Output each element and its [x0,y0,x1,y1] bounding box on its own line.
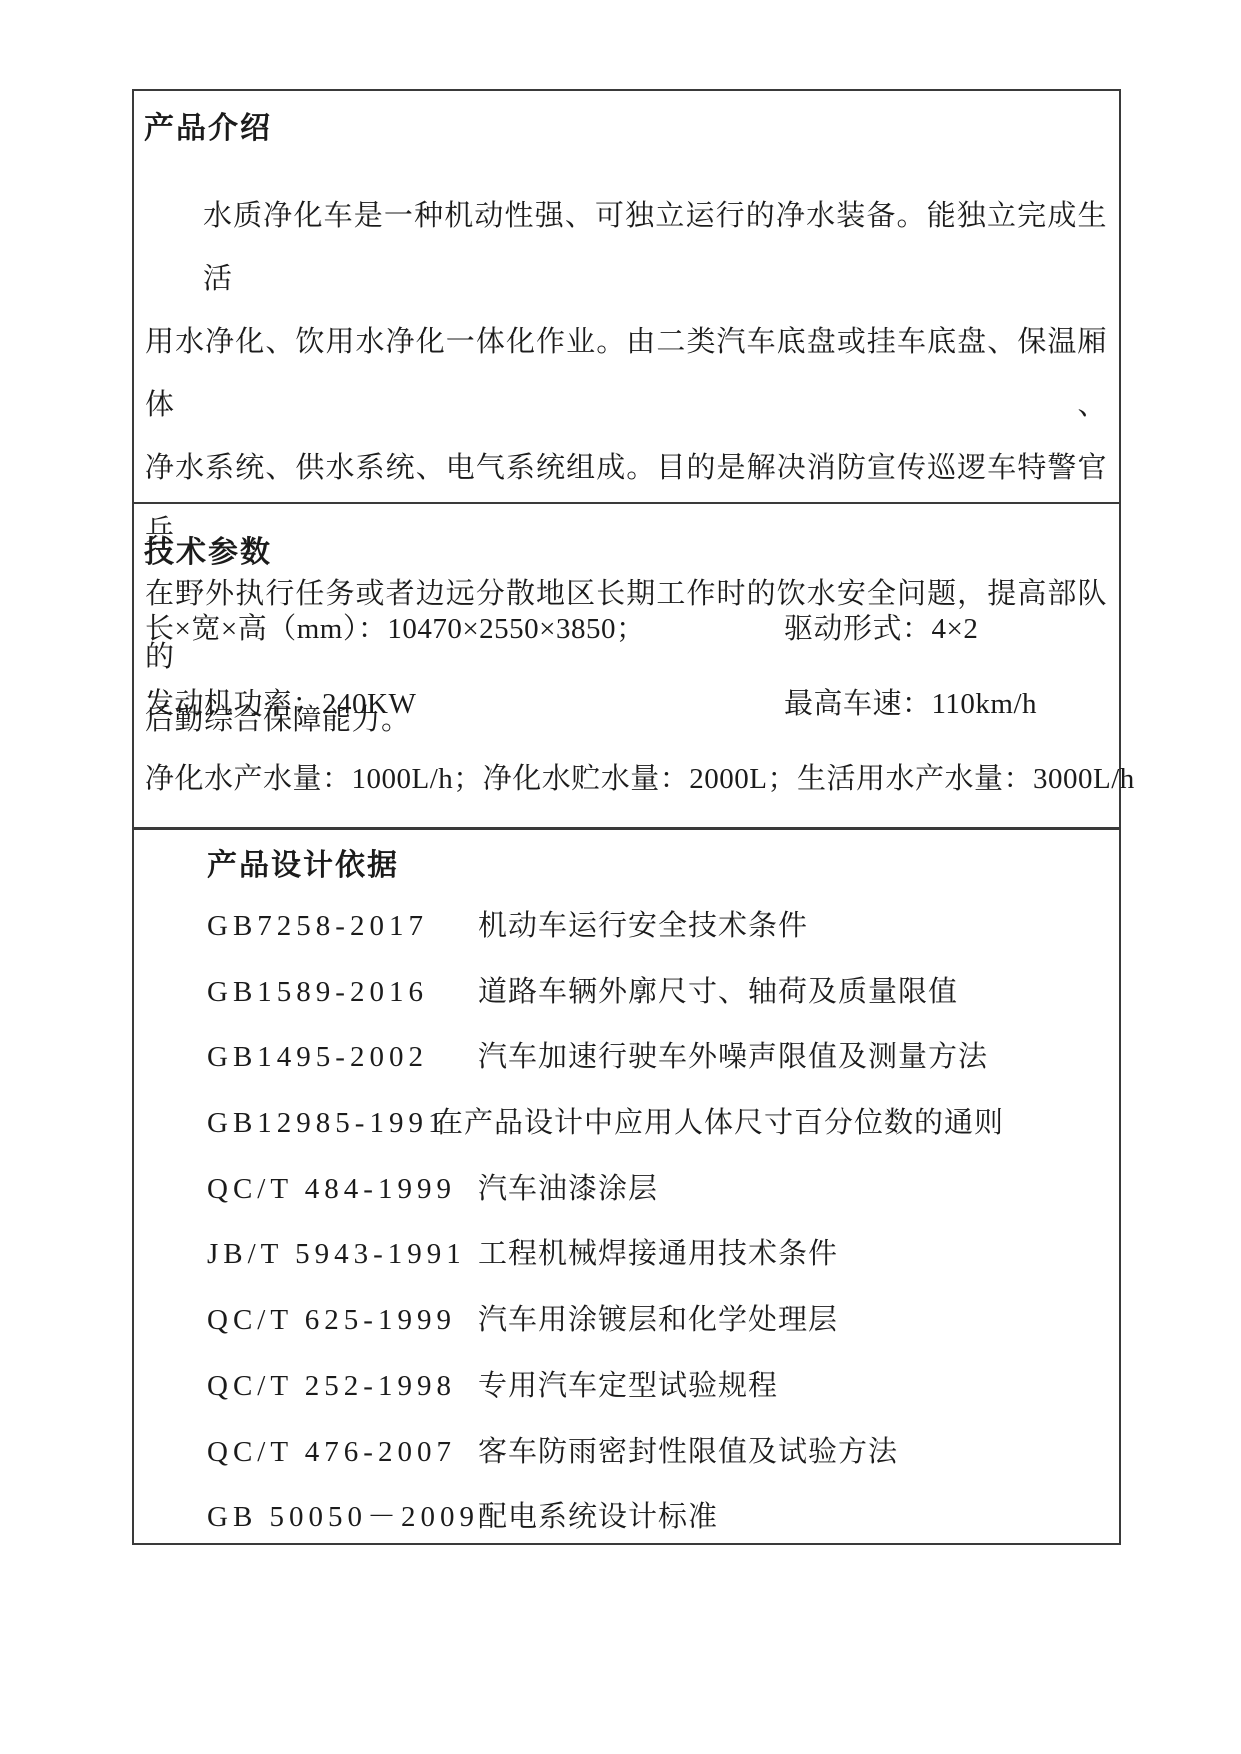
design-basis-section-title: 产品设计依据 [207,848,399,884]
standard-name: 道路车辆外廓尺寸、轴荷及质量限值 [478,976,958,1008]
intro-paragraph-line: 净水系统、供水系统、电气系统组成。目的是解决消防宣传巡逻车特警官兵 [145,437,1107,563]
standard-code: QC/T 476-2007 [207,1435,478,1469]
standard-item: JB/T 5943-1991工程机械焊接通用技术条件 [207,1237,1112,1303]
standard-item: GB12985-1991在产品设计中应用人体尺寸百分位数的通则 [207,1106,1112,1172]
row-divider [134,502,1119,504]
param-drive-type-value: 驱动形式：4×2 [784,612,978,646]
standard-item: GB1589-2016道路车辆外廓尺寸、轴荷及质量限值 [207,975,1112,1041]
standard-code: GB1495-2002 [207,1040,478,1074]
standard-item: QC/T 252-1998专用汽车定型试验规程 [207,1369,1112,1435]
standard-code: JB/T 5943-1991 [207,1237,478,1271]
standard-code: GB1589-2016 [207,975,478,1009]
document-page: 产品介绍 水质净化车是一种机动性强、可独立运行的净水装备。能独立完成生活 用水净… [0,0,1241,1754]
params-section-title: 技术参数 [144,535,272,571]
standard-item: GB7258-2017机动车运行安全技术条件 [207,909,1112,975]
product-spec-table: 产品介绍 水质净化车是一种机动性强、可独立运行的净水装备。能独立完成生活 用水净… [132,89,1121,1545]
standard-code: QC/T 484-1999 [207,1172,478,1206]
standard-item: QC/T 476-2007客车防雨密封性限值及试验方法 [207,1435,1112,1501]
intro-paragraph-line: 水质净化车是一种机动性强、可独立运行的净水装备。能独立完成生活 [145,185,1107,311]
param-row: 发动机功率：240KW 最高车速：110km/h [145,687,1111,721]
standard-item: GB 50050－2009配电系统设计标准 [207,1500,1112,1566]
standard-name: 汽车加速行驶车外噪声限值及测量方法 [478,1041,988,1073]
standard-name: 汽车油漆涂层 [478,1173,658,1205]
param-row: 净化水产水量：1000L/h；净化水贮水量：2000L；生活用水产水量：3000… [145,762,1111,796]
standard-item: GB1495-2002汽车加速行驶车外噪声限值及测量方法 [207,1040,1112,1106]
intro-section-title: 产品介绍 [144,111,272,147]
standard-code: QC/T 252-1998 [207,1369,478,1403]
standard-name: 在产品设计中应用人体尺寸百分位数的通则 [434,1107,1004,1139]
param-max-speed-value: 最高车速：110km/h [784,687,1037,721]
param-dimensions-value: 长×宽×高（mm）：10470×2550×3850； [145,613,646,645]
standard-name: 客车防雨密封性限值及试验方法 [478,1436,898,1468]
standard-code: GB 50050－2009 [207,1500,478,1534]
standard-item: QC/T 484-1999汽车油漆涂层 [207,1172,1112,1238]
intro-paragraph: 水质净化车是一种机动性强、可独立运行的净水装备。能独立完成生活 用水净化、饮用水… [145,185,1107,752]
param-water-capacity-value: 净化水产水量：1000L/h；净化水贮水量：2000L；生活用水产水量：3000… [145,763,1135,795]
standard-name: 配电系统设计标准 [478,1501,718,1533]
standard-item: QC/T 625-1999汽车用涂镀层和化学处理层 [207,1303,1112,1369]
standards-list: GB7258-2017机动车运行安全技术条件 GB1589-2016道路车辆外廓… [207,909,1112,1566]
standard-name: 专用汽车定型试验规程 [478,1370,778,1402]
param-row: 长×宽×高（mm）：10470×2550×3850； 驱动形式：4×2 [145,612,1111,646]
standard-name: 机动车运行安全技术条件 [478,910,808,942]
param-engine-power-value: 发动机功率：240KW [145,688,416,720]
standard-code: QC/T 625-1999 [207,1303,478,1337]
row-divider [134,827,1119,830]
standard-name: 工程机械焊接通用技术条件 [478,1238,838,1270]
intro-paragraph-line: 用水净化、饮用水净化一体化作业。由二类汽车底盘或挂车底盘、保温厢体、 [145,311,1107,437]
standard-name: 汽车用涂镀层和化学处理层 [478,1304,838,1336]
standard-code: GB7258-2017 [207,909,478,943]
